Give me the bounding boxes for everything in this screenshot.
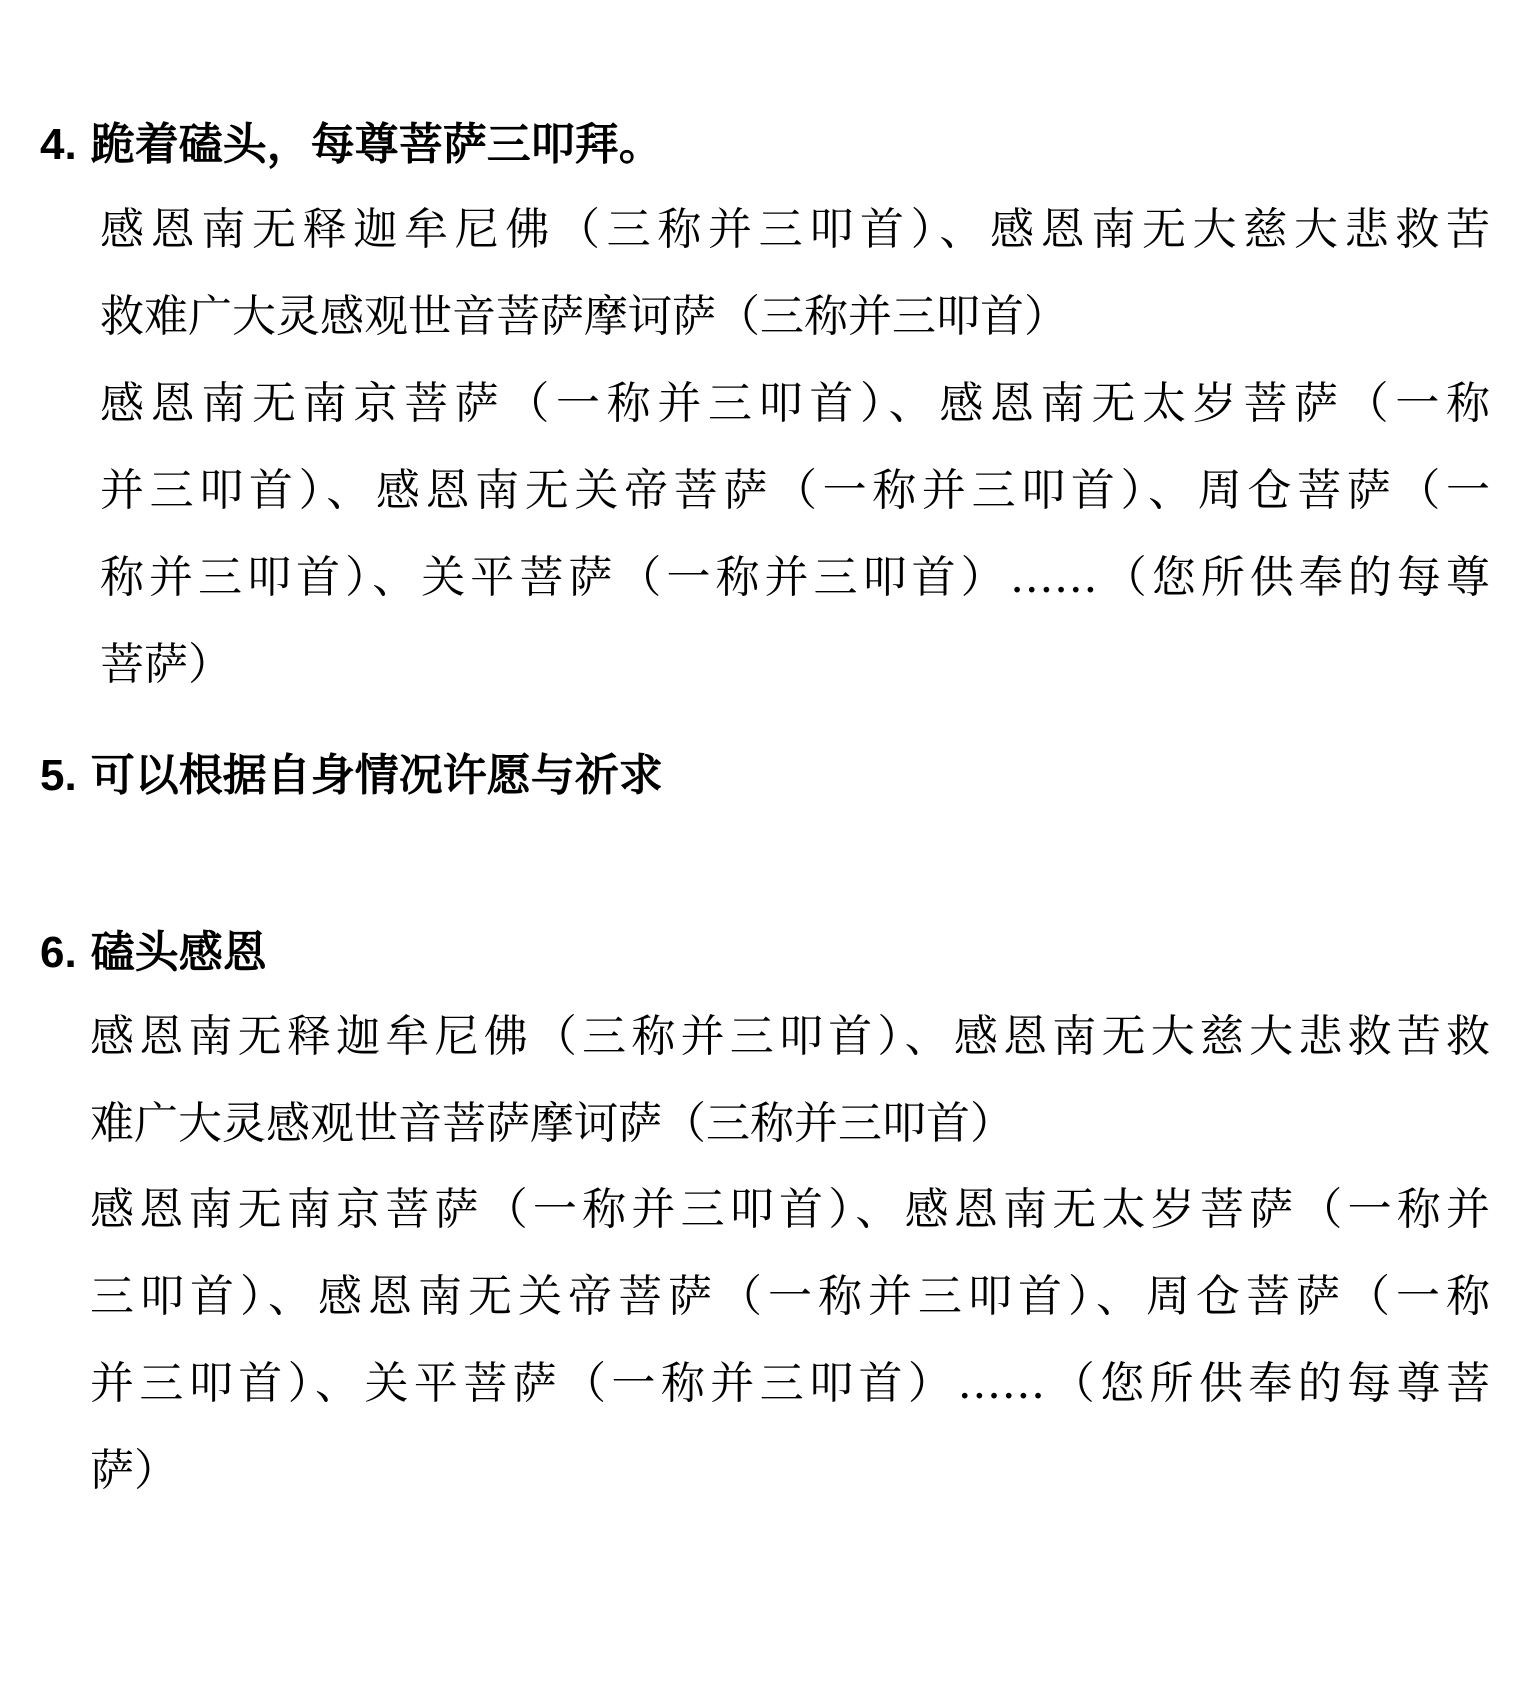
- section-5-heading: 5.可以根据自身情况许愿与祈求: [40, 746, 663, 806]
- section-6-line-6: 萨）: [90, 1441, 1490, 1501]
- section-4-heading: 4.跪着磕头，每尊菩萨三叩拜。: [40, 115, 663, 175]
- section-5-title: 可以根据自身情况许愿与祈求: [91, 750, 663, 801]
- section-4-line-6: 菩萨）: [100, 635, 1490, 695]
- section-6-line-1: 感恩南无释迦牟尼佛（三称并三叩首）、感恩南无大慈大悲救苦救: [90, 1007, 1490, 1067]
- section-6-line-3: 感恩南无南京菩萨（一称并三叩首）、感恩南无太岁菩萨（一称并: [90, 1180, 1490, 1240]
- section-6-title: 磕头感恩: [91, 927, 267, 978]
- section-4-line-2: 救难广大灵感观世音菩萨摩诃萨（三称并三叩首）: [100, 287, 1490, 347]
- section-4-title: 跪着磕头，每尊菩萨三叩拜。: [91, 119, 663, 170]
- section-6-number: 6.: [40, 923, 77, 983]
- section-4-line-1: 感恩南无释迦牟尼佛（三称并三叩首）、感恩南无大慈大悲救苦: [100, 200, 1490, 260]
- section-4-line-5: 称并三叩首）、关平菩萨（一称并三叩首）……（您所供奉的每尊: [100, 548, 1490, 608]
- section-6-line-2: 难广大灵感观世音菩萨摩诃萨（三称并三叩首）: [90, 1094, 1490, 1154]
- section-5-number: 5.: [40, 746, 77, 806]
- section-6-heading: 6.磕头感恩: [40, 923, 267, 983]
- section-6-line-5: 并三叩首）、关平菩萨（一称并三叩首）……（您所供奉的每尊菩: [90, 1354, 1490, 1414]
- section-4-number: 4.: [40, 115, 77, 175]
- section-6-line-4: 三叩首）、感恩南无关帝菩萨（一称并三叩首）、周仓菩萨（一称: [90, 1267, 1490, 1327]
- section-4-line-4: 并三叩首）、感恩南无关帝菩萨（一称并三叩首）、周仓菩萨（一: [100, 461, 1490, 521]
- section-4-line-3: 感恩南无南京菩萨（一称并三叩首）、感恩南无太岁菩萨（一称: [100, 374, 1490, 434]
- document-page: 4.跪着磕头，每尊菩萨三叩拜。 感恩南无释迦牟尼佛（三称并三叩首）、感恩南无大慈…: [0, 0, 1540, 1703]
